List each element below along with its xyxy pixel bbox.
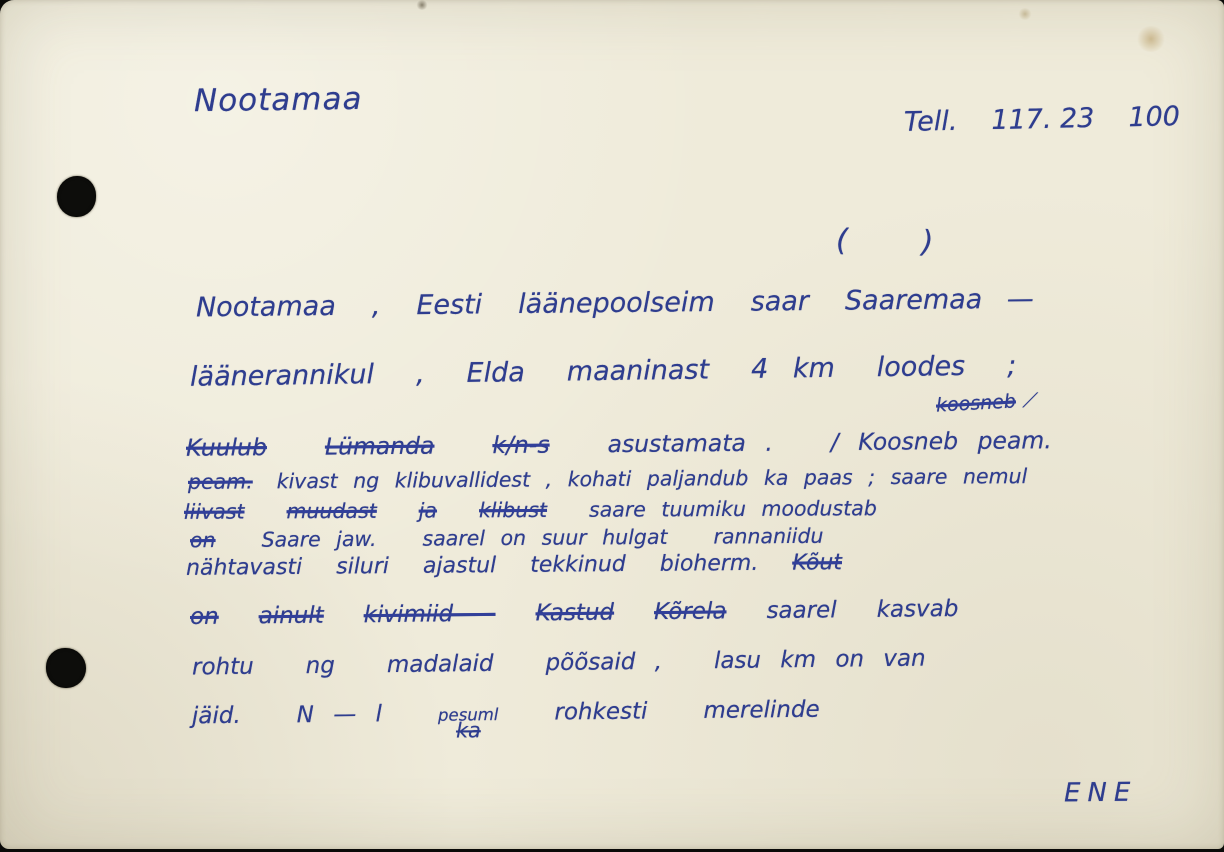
order-ref-label: Tell. [904, 106, 958, 138]
order-ref-count: 100 [1128, 101, 1180, 133]
handwritten-line: KuulubLümandak/n-sasustamata ./ Koosneb … [186, 426, 1052, 462]
handwritten-text: saarel [766, 597, 836, 624]
handwritten-text: Nootamaa [196, 291, 336, 323]
struck-text: liivast [184, 499, 245, 523]
handwritten-line: Nootamaa,EestiläänepoolseimsaarSaaremaa … [196, 284, 1034, 324]
struck-text: kivimiid — [364, 601, 496, 628]
inserted-word-over-struck-word: pesumlka [438, 708, 499, 740]
handwritten-text: saarel on suur hulgat [422, 525, 667, 551]
handwritten-text: rohkesti [554, 699, 647, 726]
order-ref-number: 117. 23 [991, 103, 1095, 136]
handwritten-text: lasu km on van [714, 646, 926, 675]
struck-text: klibust [479, 498, 547, 522]
handwritten-text: N — l [297, 701, 382, 728]
handwritten-text: põõsaid , [545, 649, 662, 676]
struck-text: Kastud [535, 600, 614, 627]
handwritten-text: ajastul [423, 553, 496, 579]
handwritten-text: saar [751, 286, 810, 318]
signature: ENE [1064, 778, 1138, 809]
handwritten-text: / Koosneb peam. [831, 426, 1052, 456]
title-text: Nootamaa [194, 81, 363, 119]
paper-stain [1018, 8, 1032, 20]
handwritten-text: madalaid [387, 651, 494, 678]
handwritten-text: tekkinud [530, 552, 626, 578]
paren-close: ) [921, 225, 933, 260]
handwritten-text: nähtavasti [186, 555, 302, 581]
paper-speck [416, 0, 428, 10]
handwritten-text: rannaniidu [713, 524, 823, 549]
struck-text: peam. [188, 469, 253, 493]
handwritten-line: onainultkivimiid —KastudKõrelasaarelkasv… [190, 596, 959, 630]
struck-text: Kuulub [186, 433, 267, 462]
handwritten-line: peam.kivast ng klibuvallidest , kohati p… [188, 464, 1027, 494]
handwritten-text: 4 km [751, 353, 835, 385]
handwritten-line: jäid.N — lpesumlkarohkestimerelinde [192, 697, 820, 743]
struck-text: muudast [286, 499, 376, 523]
struck-text: on [190, 604, 219, 630]
handwritten-text: läänepoolseim [518, 287, 715, 320]
handwritten-text: siluri [336, 554, 389, 579]
struck-text: on [190, 528, 216, 552]
handwritten-text: rohtu [192, 654, 254, 681]
struck-text: Kõrela [654, 598, 727, 625]
punch-hole-bottom [46, 648, 86, 688]
paren-open: ( [836, 223, 848, 258]
handwritten-text: maaninast [567, 355, 710, 388]
handwritten-line: onSaare jaw.saarel on suur hulgatrannani… [190, 524, 824, 552]
struck-text: ka [456, 722, 481, 740]
struck-text: ainult [259, 603, 324, 630]
handwritten-line: liivastmuudastjaklibustsaare tuumiku moo… [184, 496, 877, 524]
handwritten-text: Eesti [416, 289, 482, 321]
page-title: Nootamaa [194, 81, 363, 119]
handwritten-line: rohtungmadalaidpõõsaid ,lasu km on van [192, 646, 926, 681]
struck-text: koosneb [935, 390, 1016, 416]
empty-parentheses-annotation: ( ) [836, 223, 934, 260]
handwritten-text: läänerannikul [190, 359, 374, 393]
struck-text: Kõut [792, 550, 842, 575]
handwritten-text: kasvab [877, 596, 959, 623]
handwritten-text: asustamata . [607, 429, 772, 458]
handwritten-text: , [416, 358, 425, 389]
order-reference: Tell. 117. 23 100 [904, 101, 1181, 138]
struck-text: ja [419, 498, 437, 522]
handwritten-text: , [372, 290, 381, 321]
handwritten-text: saare tuumiku moodustab [589, 496, 877, 522]
handwritten-text: kivast ng klibuvallidest , kohati paljan… [277, 464, 1028, 493]
handwritten-text: merelinde [703, 697, 820, 724]
handwritten-text: Saaremaa — [845, 284, 1034, 317]
paper-card: Nootamaa Tell. 117. 23 100 ( ) Nootamaa,… [0, 0, 1224, 849]
handwritten-text: loodes [877, 351, 966, 383]
paper-stain [1136, 26, 1166, 52]
punch-hole-top [57, 176, 96, 217]
struck-text: k/n-s [492, 431, 549, 459]
handwritten-text: ; [1007, 350, 1017, 381]
handwritten-text: Saare jaw. [261, 527, 376, 552]
handwritten-line: läänerannikul,Eldamaaninast4 kmloodes; [190, 350, 1017, 393]
signature-text: ENE [1064, 778, 1138, 809]
handwritten-text: bioherm. [660, 551, 759, 577]
handwritten-text: ng [306, 653, 336, 679]
handwritten-line: koosneb⟋ [935, 389, 1035, 416]
handwritten-text: jäid. [192, 703, 241, 730]
handwritten-line: nähtavastisiluriajastultekkinudbioherm.K… [186, 550, 842, 581]
handwritten-text: ⟋ [1021, 389, 1035, 412]
struck-text: Lümanda [325, 432, 435, 461]
handwritten-text: Elda [466, 357, 525, 389]
